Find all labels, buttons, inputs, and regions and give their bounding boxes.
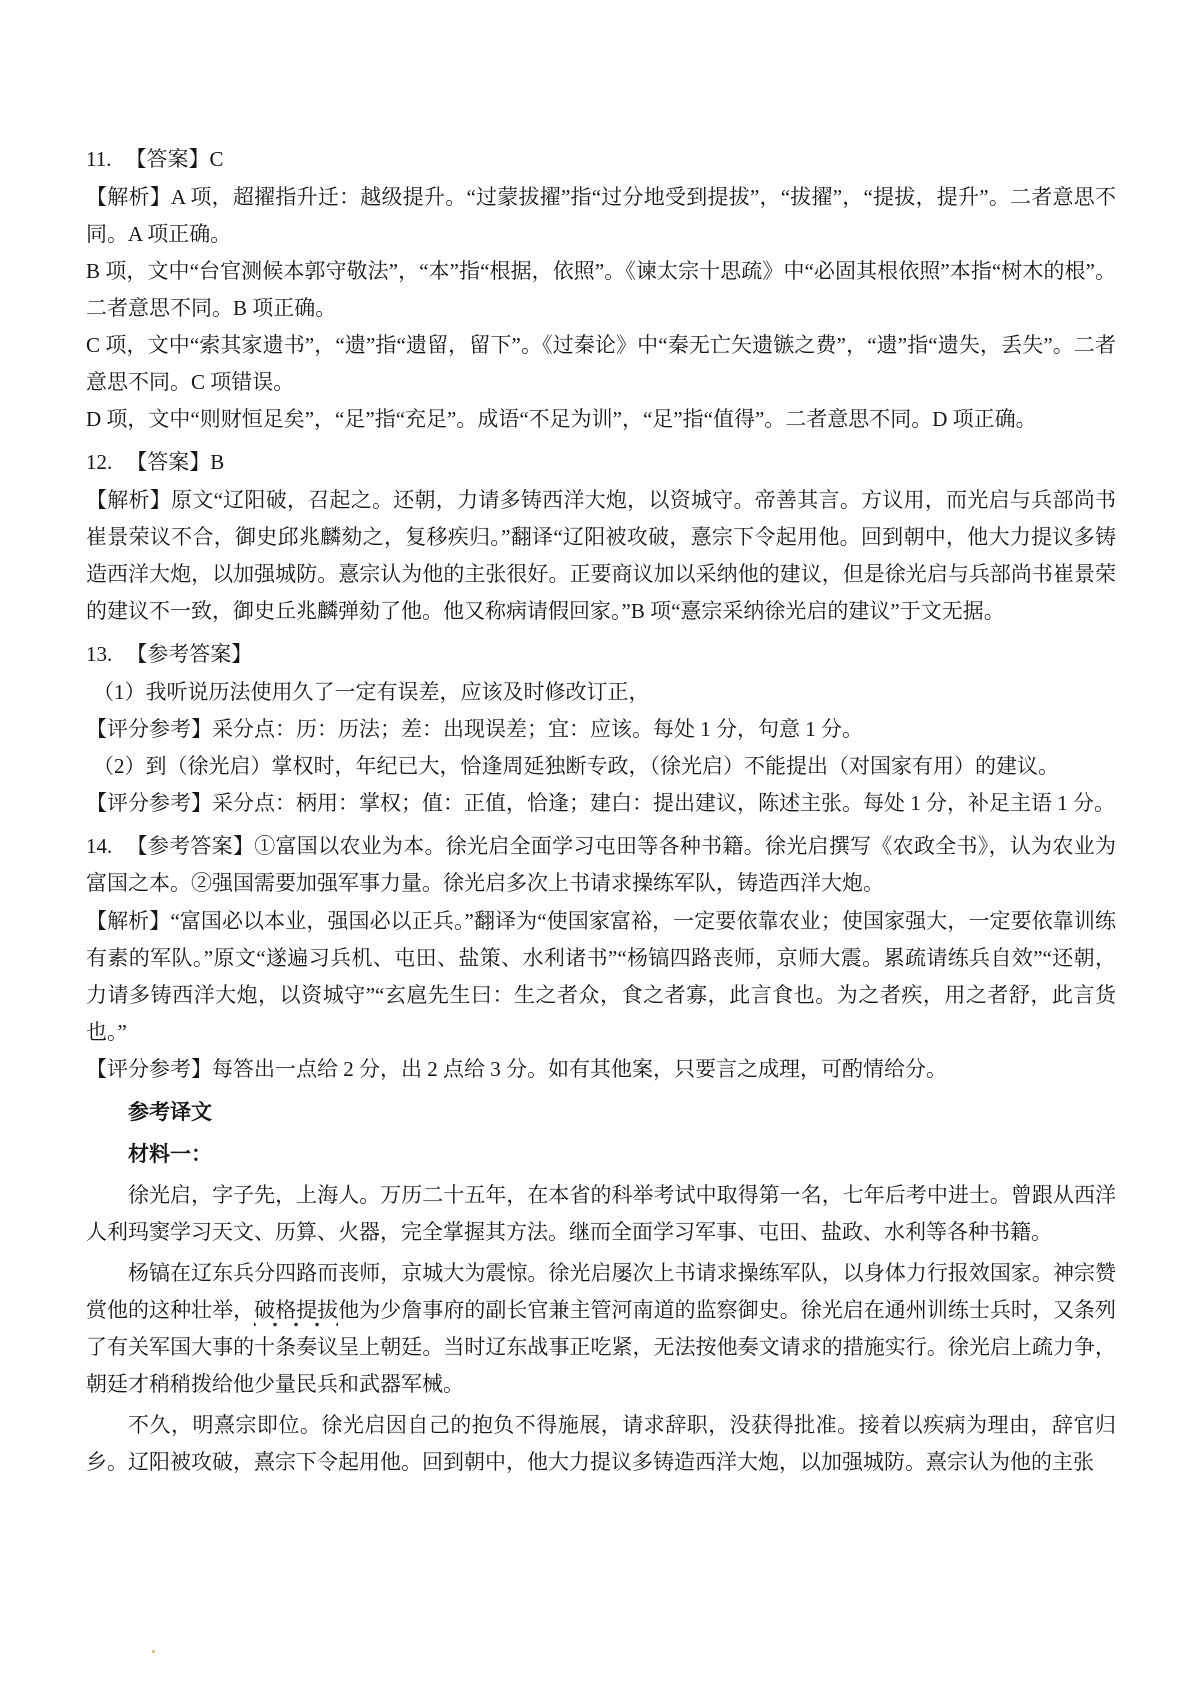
item-13-scoring-1: 【评分参考】采分点：历：历法；差：出现误差；宜：应该。每处 1 分，句意 1 分…: [86, 711, 1116, 748]
item-14-analysis: 【解析】“富国必以本业，强国必以正兵。”翻译为“使国家富裕，一定要依靠农业；使国…: [86, 903, 1116, 1051]
item-12-answer-label: 【答案】B: [126, 450, 224, 474]
item-13-scoring-2: 【评分参考】采分点：柄用：掌权；值：正值，恰逢；建白：提出建议，陈述主张。每处 …: [86, 785, 1116, 822]
item-11-analysis-d: D 项，文中“则财恒足矣”，“足”指“充足”。成语“不足为训”，“足”指“值得”…: [86, 401, 1116, 438]
item-11-analysis-a: 【解析】A 项，超擢指升迁：越级提升。“过蒙拔擢”指“过分地受到提拔”，“拔擢”…: [86, 179, 1116, 253]
item-14-answer-label: 【参考答案】①富国以农业为本。徐光启全面学习屯田等各种书籍。徐光启撰写《农政全书…: [86, 834, 1116, 895]
item-13-answer-label: 【参考答案】: [126, 642, 252, 666]
reference-translation-section: 参考译文 材料一： 徐光启，字子先，上海人。万历二十五年，在本省的科举考试中取得…: [86, 1094, 1116, 1481]
answer-item-12: 12.【答案】B 【解析】原文“辽阳破，召起之。还朝，力请多铸西洋大炮，以资城守…: [86, 444, 1116, 630]
translation-heading: 参考译文: [86, 1094, 1116, 1131]
document-page: 11.【答案】C 【解析】A 项，超擢指升迁：越级提升。“过蒙拔擢”指“过分地受…: [0, 0, 1200, 1698]
item-14-scoring: 【评分参考】每答出一点给 2 分，出 2 点给 3 分。如有其他案，只要言之成理…: [86, 1051, 1116, 1088]
translation-paragraph-1: 徐光启，字子先，上海人。万历二十五年，在本省的科举考试中取得第一名，七年后考中进…: [86, 1177, 1116, 1251]
answer-item-11: 11.【答案】C 【解析】A 项，超擢指升迁：越级提升。“过蒙拔擢”指“过分地受…: [86, 141, 1116, 438]
item-11-analysis-c: C 项，文中“索其家遗书”，“遗”指“遗留，留下”。《过秦论》中“秦无亡矢遗镞之…: [86, 327, 1116, 401]
item-14-number: 14.: [86, 828, 112, 865]
answer-item-14: 14.【参考答案】①富国以农业为本。徐光启全面学习屯田等各种书籍。徐光启撰写《农…: [86, 828, 1116, 1088]
item-13-answer-1: （1）我听说历法使用久了一定有误差，应该及时修改订正，: [86, 674, 1116, 711]
scan-artifact-dot: [152, 1650, 155, 1653]
material-one-label: 材料一：: [86, 1136, 1116, 1173]
item-11-head: 11.【答案】C: [86, 141, 1116, 178]
item-13-answer-2: （2）到（徐光启）掌权时，年纪已大，恰逢周延独断专政，（徐光启）不能提出（对国家…: [86, 748, 1116, 785]
answer-item-13: 13.【参考答案】 （1）我听说历法使用久了一定有误差，应该及时修改订正， 【评…: [86, 636, 1116, 822]
item-11-number: 11.: [86, 141, 111, 178]
item-14-head: 14.【参考答案】①富国以农业为本。徐光启全面学习屯田等各种书籍。徐光启撰写《农…: [86, 828, 1116, 902]
translation-paragraph-3: 不久，明熹宗即位。徐光启因自己的抱负不得施展，请求辞职，没获得批准。接着以疾病为…: [86, 1407, 1116, 1481]
emphasized-phrase: 破格提拔: [254, 1298, 338, 1327]
item-11-answer-label: 【答案】C: [125, 147, 223, 171]
item-11-analysis-b: B 项，文中“台官测候本郭守敬法”，“本”指“根据，依照”。《谏太宗十思疏》中“…: [86, 253, 1116, 327]
item-12-number: 12.: [86, 444, 112, 481]
item-12-analysis: 【解析】原文“辽阳破，召起之。还朝，力请多铸西洋大炮，以资城守。帝善其言。方议用…: [86, 482, 1116, 630]
item-13-number: 13.: [86, 636, 112, 673]
translation-paragraph-2: 杨镐在辽东兵分四路而丧师，京城大为震惊。徐光启屡次上书请求操练军队，以身体力行报…: [86, 1255, 1116, 1403]
item-13-head: 13.【参考答案】: [86, 636, 1116, 673]
item-12-head: 12.【答案】B: [86, 444, 1116, 481]
